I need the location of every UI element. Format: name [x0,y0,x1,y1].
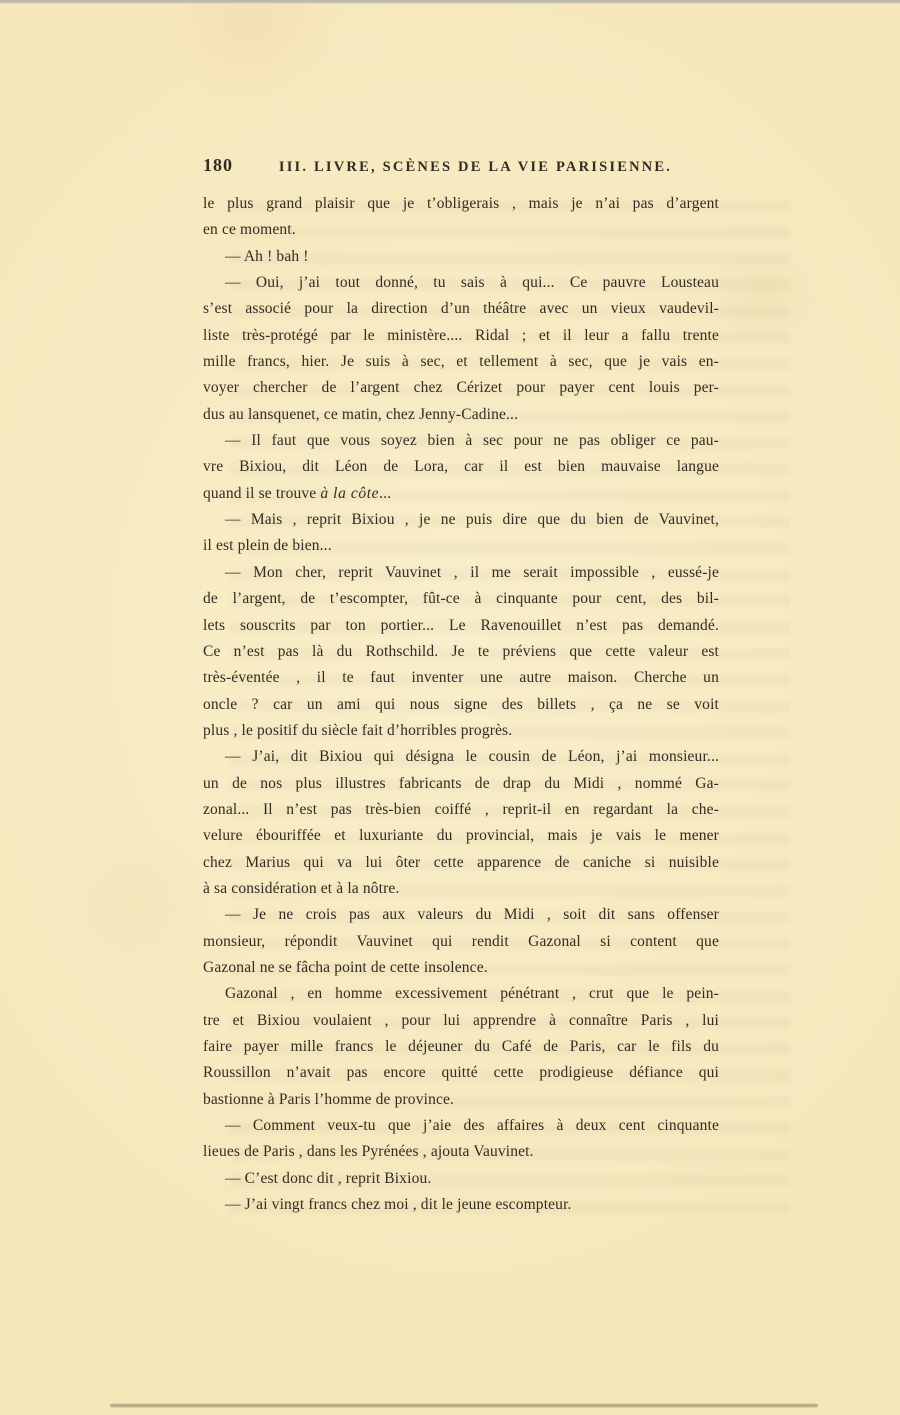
text-line: mille francs, hier. Je suis à sec, et te… [203,349,719,375]
text-run: — Mon cher, reprit Vauvinet , il me sera… [225,564,719,581]
text-run: chez Marius qui va lui ôter cette appare… [203,854,719,871]
scan-shadow-bottom [110,1404,818,1407]
text-run: Ce n’est pas là du Rothschild. Je te pré… [203,643,719,660]
text-run: oncle ? car un ami qui nous signe des bi… [203,696,719,713]
text-run: voyer chercher de l’argent chez Cérizet … [203,379,719,396]
italic-phrase: à la côte [320,485,379,502]
text-run: Gazonal ne se fâcha point de cette insol… [203,959,488,976]
text-run: un de nos plus illustres fabricants de d… [203,775,719,792]
text-line: s’est associé pour la direction d’un thé… [203,296,719,322]
text-run: très-éventée , il te faut inventer une a… [203,669,719,686]
text-line: quand il se trouve à la côte... [203,481,719,507]
text-line: velure ébouriffée et luxuriante du provi… [203,823,719,849]
text-line: vre Bixiou, dit Léon de Lora, car il est… [203,454,719,480]
text-line: zonal... Il n’est pas très-bien coiffé ,… [203,797,719,823]
text-line: dus au lansquenet, ce matin, chez Jenny-… [203,402,719,428]
text-line: liste très-protégé par le ministère.... … [203,323,719,349]
text-line: — J’ai vingt francs chez moi , dit le je… [203,1192,719,1218]
text-line: plus , le positif du siècle fait d’horri… [203,718,719,744]
text-line: très-éventée , il te faut inventer une a… [203,665,719,691]
text-line: de l’argent, de t’escompter, fût-ce à ci… [203,586,719,612]
text-run: — Mais , reprit Bixiou , je ne puis dire… [225,511,719,528]
text-run: de l’argent, de t’escompter, fût-ce à ci… [203,590,719,607]
text-run: Gazonal , en homme excessivement pénétra… [225,985,719,1002]
text-run: vre Bixiou, dit Léon de Lora, car il est… [203,458,719,475]
scan-edge-top [0,0,900,4]
text-run: tre et Bixiou voulaient , pour lui appre… [203,1012,719,1029]
text-run: lieues de Paris , dans les Pyrénées , aj… [203,1143,534,1160]
text-run: lets souscrits par ton portier... Le Rav… [203,617,719,634]
text-run: dus au lansquenet, ce matin, chez Jenny-… [203,406,518,423]
text-line: — Oui, j’ai tout donné, tu sais à qui...… [203,270,719,296]
running-title: III. LIVRE, SCÈNES DE LA VIE PARISIENNE. [233,159,718,176]
text-run: Roussillon n’avait pas encore quitté cet… [203,1064,719,1081]
text-line: — J’ai, dit Bixiou qui désigna le cousin… [203,744,719,770]
text-run: il est plein de bien... [203,537,332,554]
page-header: 180 III. LIVRE, SCÈNES DE LA VIE PARISIE… [203,155,718,176]
text-run: plus , le positif du siècle fait d’horri… [203,722,512,739]
text-line: — Comment veux-tu que j’aie des affaires… [203,1113,719,1139]
text-run: ... [379,485,391,502]
text-line: bastionne à Paris l’homme de province. [203,1087,719,1113]
text-line: Ce n’est pas là du Rothschild. Je te pré… [203,639,719,665]
text-line: — C’est donc dit , reprit Bixiou. [203,1166,719,1192]
text-run: — Ah ! bah ! [225,248,309,265]
text-run: à sa considération et à la nôtre. [203,880,399,897]
text-line: — Mais , reprit Bixiou , je ne puis dire… [203,507,719,533]
text-run: en ce moment. [203,221,296,238]
text-line: monsieur, répondit Vauvinet qui rendit G… [203,929,719,955]
text-line: — Ah ! bah ! [203,244,719,270]
text-run: liste très-protégé par le ministère.... … [203,327,719,344]
text-line: lieues de Paris , dans les Pyrénées , aj… [203,1139,719,1165]
text-run: mille francs, hier. Je suis à sec, et te… [203,353,719,370]
text-run: — J’ai vingt francs chez moi , dit le je… [225,1196,572,1213]
text-line: Gazonal , en homme excessivement pénétra… [203,981,719,1007]
text-run: — Je ne crois pas aux valeurs du Midi , … [225,906,719,923]
text-run: — C’est donc dit , reprit Bixiou. [225,1170,431,1187]
text-line: — Il faut que vous soyez bien à sec pour… [203,428,719,454]
text-line: faire payer mille francs le déjeuner du … [203,1034,719,1060]
text-run: le plus grand plaisir que je t’obligerai… [203,195,719,212]
text-line: Gazonal ne se fâcha point de cette insol… [203,955,719,981]
text-line: lets souscrits par ton portier... Le Rav… [203,613,719,639]
text-run: — Oui, j’ai tout donné, tu sais à qui...… [225,274,719,291]
text-line: oncle ? car un ami qui nous signe des bi… [203,692,719,718]
text-block: le plus grand plaisir que je t’obligerai… [203,191,719,1218]
text-line: chez Marius qui va lui ôter cette appare… [203,850,719,876]
text-run: s’est associé pour la direction d’un thé… [203,300,719,317]
text-line: un de nos plus illustres fabricants de d… [203,771,719,797]
text-line: en ce moment. [203,217,719,243]
text-line: — Mon cher, reprit Vauvinet , il me sera… [203,560,719,586]
text-line: tre et Bixiou voulaient , pour lui appre… [203,1008,719,1034]
page-number: 180 [203,155,233,176]
text-run: — Il faut que vous soyez bien à sec pour… [225,432,719,449]
text-run: — J’ai, dit Bixiou qui désigna le cousin… [225,748,719,765]
text-run: zonal... Il n’est pas très-bien coiffé ,… [203,801,719,818]
text-line: le plus grand plaisir que je t’obligerai… [203,191,719,217]
text-line: Roussillon n’avait pas encore quitté cet… [203,1060,719,1086]
text-line: à sa considération et à la nôtre. [203,876,719,902]
text-run: quand il se trouve [203,485,320,502]
scanned-book-page: { "page": { "number": "180", "running_ti… [0,0,900,1415]
text-line: voyer chercher de l’argent chez Cérizet … [203,375,719,401]
text-line: il est plein de bien... [203,533,719,559]
text-run: bastionne à Paris l’homme de province. [203,1091,454,1108]
text-run: velure ébouriffée et luxuriante du provi… [203,827,719,844]
text-run: faire payer mille francs le déjeuner du … [203,1038,719,1055]
text-run: — Comment veux-tu que j’aie des affaires… [225,1117,719,1134]
text-line: — Je ne crois pas aux valeurs du Midi , … [203,902,719,928]
text-run: monsieur, répondit Vauvinet qui rendit G… [203,933,719,950]
